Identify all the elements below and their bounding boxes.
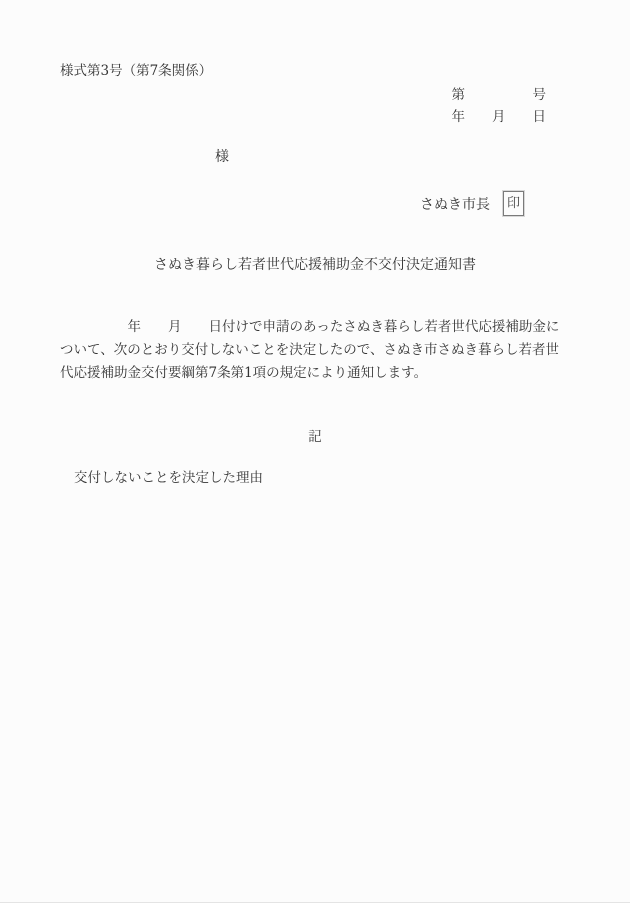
- ki-section-marker: 記: [0, 429, 630, 445]
- document-title: さぬき暮らし若者世代応援補助金不交付決定通知書: [0, 257, 630, 274]
- body-line: ついて、次のとおり交付しないことを決定したので、さぬき市さぬき暮らし若者世: [60, 339, 575, 362]
- seal-placeholder-box: 印: [503, 191, 524, 216]
- form-number-label: 様式第3号（第7条関係）: [60, 63, 212, 79]
- document-page: 様式第3号（第7条関係） 第 号 年 月 日 様 さぬき市長 印 さぬき暮らし若…: [0, 0, 630, 903]
- body-paragraph: 年 月 日付けで申請のあったさぬき暮らし若者世代応援補助金に ついて、次のとおり…: [60, 316, 575, 385]
- date-blank: 年 月 日: [452, 109, 547, 125]
- document-number-blank: 第 号: [452, 87, 547, 103]
- reason-heading: 交付しないことを決定した理由: [74, 470, 263, 486]
- sender-name: さぬき市長: [420, 194, 490, 214]
- sender-row: さぬき市長 印: [420, 191, 524, 216]
- body-line: 代応援補助金交付要綱第7条第1項の規定により通知します。: [60, 362, 575, 385]
- body-line: 年 月 日付けで申請のあったさぬき暮らし若者世代応援補助金に: [60, 316, 575, 339]
- addressee-honorific: 様: [215, 149, 229, 166]
